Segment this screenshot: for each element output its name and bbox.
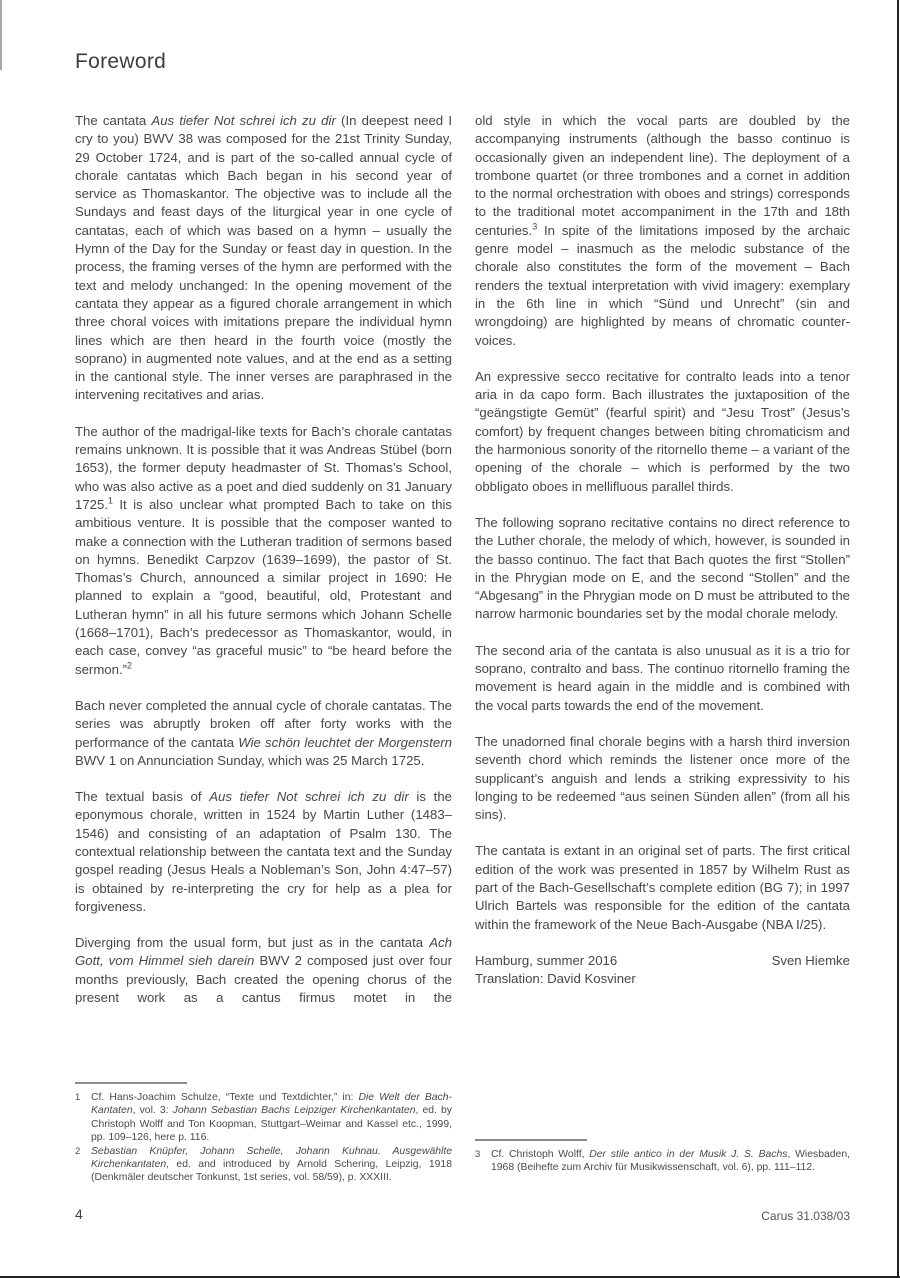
text-run: The second aria of the cantata is also u…	[475, 643, 850, 713]
paragraph: The textual basis of Aus tiefer Not schr…	[75, 788, 452, 916]
text-run: In spite of the limitations imposed by t…	[475, 223, 850, 348]
signature-row: Translation: David Kosviner	[475, 970, 850, 988]
text-run: Cf. Christoph Wolff,	[491, 1149, 589, 1160]
text-run: old style in which the vocal parts are d…	[475, 113, 850, 238]
footnote-number: 3	[475, 1148, 491, 1175]
signature-place-date: Hamburg, summer 2016	[475, 952, 617, 970]
text-run: The textual basis of	[75, 789, 209, 804]
paragraph: Bach never completed the annual cycle of…	[75, 697, 452, 770]
italic-text: Aus tiefer Not schrei ich zu dir	[151, 113, 335, 128]
scan-edge-left	[0, 0, 2, 70]
column-right-paragraphs: old style in which the vocal parts are d…	[475, 112, 850, 934]
text-run: , vol. 3:	[133, 1105, 173, 1116]
paragraph: The second aria of the cantata is also u…	[475, 642, 850, 715]
footnote-text: Sebastian Knüpfer, Johann Schelle, Johan…	[91, 1145, 452, 1185]
footnote-rule	[75, 1082, 187, 1084]
scan-edge-right	[897, 0, 899, 1278]
signature-translation: Translation: David Kosviner	[475, 970, 636, 988]
text-run: The following soprano recitative contain…	[475, 515, 850, 621]
footnotes-left: 1Cf. Hans-Joachim Schulze, “Texte und Te…	[75, 1082, 452, 1185]
text-run: The cantata is extant in an original set…	[475, 843, 850, 931]
column-left-paragraphs: The cantata Aus tiefer Not schrei ich zu…	[75, 112, 452, 1007]
footnote-text: Cf. Hans-Joachim Schulze, “Texte und Tex…	[91, 1091, 452, 1145]
paragraph: Diverging from the usual form, but just …	[75, 934, 452, 1007]
text-run: BWV 1 on Annunciation Sunday, which was …	[75, 753, 424, 768]
paragraph: The author of the madrigal-like texts fo…	[75, 423, 452, 679]
page-title: Foreword	[75, 50, 166, 74]
footnote-ref: 2	[127, 660, 132, 670]
italic-text: Johann Sebastian Bachs Leipziger Kirchen…	[173, 1105, 416, 1116]
paragraph: old style in which the vocal parts are d…	[475, 112, 850, 350]
signature-row: Hamburg, summer 2016 Sven Hiemke	[475, 952, 850, 970]
footnote-list: 3Cf. Christoph Wolff, Der stile antico i…	[475, 1148, 850, 1175]
text-run: The cantata	[75, 113, 151, 128]
footnotes-right: 3Cf. Christoph Wolff, Der stile antico i…	[475, 1139, 850, 1175]
page-number: 4	[75, 1206, 83, 1222]
column-right: old style in which the vocal parts are d…	[475, 112, 850, 988]
footnote: 3Cf. Christoph Wolff, Der stile antico i…	[475, 1148, 850, 1175]
footnote-list: 1Cf. Hans-Joachim Schulze, “Texte und Te…	[75, 1091, 452, 1185]
text-run: It is also unclear what prompted Bach to…	[75, 497, 452, 677]
text-run: (In deepest need I cry to you) BWV 38 wa…	[75, 113, 452, 402]
italic-text: Aus tiefer Not schrei ich zu dir	[209, 789, 408, 804]
paragraph: The following soprano recitative contain…	[475, 514, 850, 624]
italic-text: Der stile antico in der Musik J. S. Bach…	[589, 1149, 787, 1160]
footnote-number: 2	[75, 1145, 91, 1185]
footnote: 2Sebastian Knüpfer, Johann Schelle, Joha…	[75, 1145, 452, 1185]
text-run: The unadorned final chorale begins with …	[475, 734, 850, 822]
footnote-number: 1	[75, 1091, 91, 1145]
paragraph: The cantata is extant in an original set…	[475, 842, 850, 933]
signature-block: Hamburg, summer 2016 Sven Hiemke Transla…	[475, 952, 850, 989]
signature-author: Sven Hiemke	[772, 952, 850, 970]
footnote: 1Cf. Hans-Joachim Schulze, “Texte und Te…	[75, 1091, 452, 1145]
paragraph: The unadorned final chorale begins with …	[475, 733, 850, 824]
footnote-rule	[475, 1139, 587, 1141]
paragraph: The cantata Aus tiefer Not schrei ich zu…	[75, 112, 452, 405]
catalog-number: Carus 31.038/03	[475, 1209, 850, 1223]
column-left: The cantata Aus tiefer Not schrei ich zu…	[75, 112, 452, 1007]
text-run: Diverging from the usual form, but just …	[75, 935, 429, 950]
italic-text: Wie schön leuchtet der Morgenstern	[238, 735, 452, 750]
text-run: Cf. Hans-Joachim Schulze, “Texte und Tex…	[91, 1092, 358, 1103]
paragraph: An expressive secco recitative for contr…	[475, 368, 850, 496]
text-run: An expressive secco recitative for contr…	[475, 369, 850, 494]
footnote-text: Cf. Christoph Wolff, Der stile antico in…	[491, 1148, 850, 1175]
text-run: is the eponymous chorale, written in 152…	[75, 789, 452, 914]
